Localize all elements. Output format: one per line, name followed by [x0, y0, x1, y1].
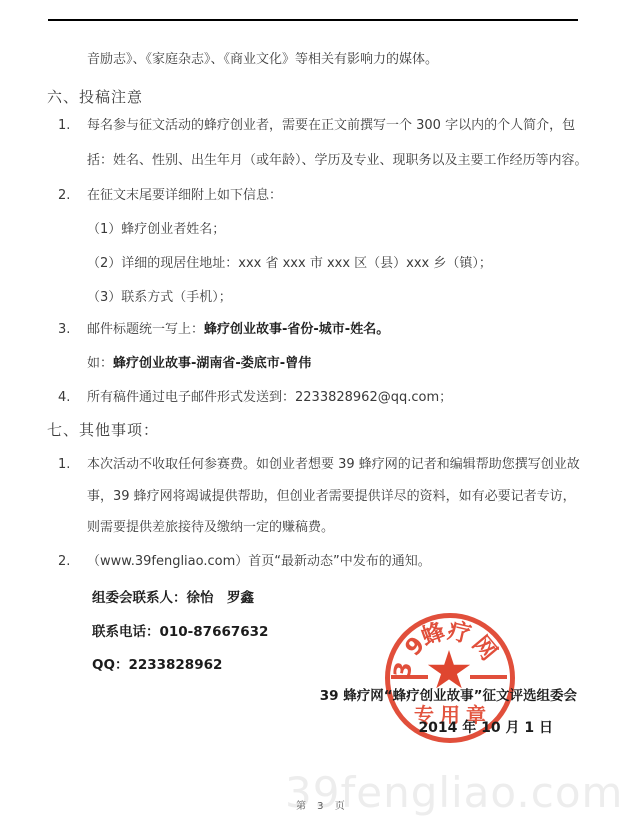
list-item: 1.每名参与征文活动的蜂疗创业者，需要在正文前撰写一个 300 字以内的个人简介… — [58, 114, 575, 133]
list-number: 2. — [58, 188, 87, 203]
contact-qq-line: QQ：2233828962 — [92, 653, 222, 673]
list-item: 4.所有稿件通过电子邮件形式发送到：2233828962@qq.com； — [58, 386, 452, 405]
example-subject: 蜂疗创业故事-湖南省-娄底市-曾伟 — [113, 356, 311, 371]
document-page: 音励志》、《家庭杂志》、《商业文化》等相关有影响力的媒体。 六、投稿注意 1.每… — [0, 0, 633, 832]
list-text-continued: 括：姓名、性别、出生年月（或年龄）、学历及专业、现职务以及主要工作经历等内容。 — [87, 149, 588, 168]
list-number: 1. — [58, 457, 87, 472]
header-rule — [48, 19, 578, 21]
list-text-continued: 事，39 蜂疗网将竭诚提供帮助，但创业者需要提供详尽的资料，如有必要记者专访， — [87, 485, 576, 504]
list-number: 2. — [58, 554, 87, 569]
sub-item: （1）蜂疗创业者姓名； — [87, 218, 225, 237]
list-item: 2.在征文末尾要详细附上如下信息： — [58, 184, 282, 203]
list-text: 在征文末尾要详细附上如下信息： — [87, 188, 282, 203]
contact-phone-line: 联系电话：010-87667632 — [92, 620, 268, 640]
email-address: 2233828962@qq.com — [295, 390, 439, 405]
section7-heading: 七、其他事项： — [47, 419, 159, 440]
list-text: 每名参与征文活动的蜂疗创业者，需要在正文前撰写一个 300 字以内的个人简介，包 — [87, 118, 575, 133]
list-number: 4. — [58, 390, 87, 405]
list-text: 所有稿件通过电子邮件形式发送到： — [87, 390, 295, 405]
list-text: 邮件标题统一写上： — [87, 322, 204, 337]
intro-line: 音励志》、《家庭杂志》、《商业文化》等相关有影响力的媒体。 — [87, 48, 438, 67]
sub-item: （3）联系方式（手机）； — [87, 286, 232, 305]
list-number: 3. — [58, 322, 87, 337]
email-subject-format: 蜂疗创业故事-省份-城市-姓名。 — [204, 322, 389, 337]
list-number: 1. — [58, 118, 87, 133]
page-number: 第 3 页 — [296, 797, 349, 812]
list-item: 3.邮件标题统一写上：蜂疗创业故事-省份-城市-姓名。 — [58, 318, 389, 337]
sub-item: （2）详细的现居住地址：xxx 省 xxx 市 xxx 区（县）xxx 乡（镇）… — [87, 252, 492, 271]
contact-person-line: 组委会联系人：徐怡 罗鑫 — [92, 586, 254, 606]
signature-date: 2014 年 10 月 1 日 — [418, 717, 553, 737]
list-text: （www.39fengliao.com）首页“最新动态”中发布的通知。 — [87, 554, 431, 569]
list-text: 本次活动不收取任何参赛费。如创业者想要 39 蜂疗网的记者和编辑帮助您撰写创业故 — [87, 457, 580, 472]
list-item: 2.（www.39fengliao.com）首页“最新动态”中发布的通知。 — [58, 550, 431, 569]
list-text-continued: 则需要提供差旅接待及缴纳一定的赚稿费。 — [87, 516, 334, 535]
list-item: 1.本次活动不收取任何参赛费。如创业者想要 39 蜂疗网的记者和编辑帮助您撰写创… — [58, 453, 580, 472]
signature-committee: 39 蜂疗网“蜂疗创业故事”征文评选组委会 — [320, 684, 577, 704]
example-line: 如：蜂疗创业故事-湖南省-娄底市-曾伟 — [87, 352, 311, 371]
list-text-suffix: ； — [439, 390, 452, 405]
section6-heading: 六、投稿注意 — [47, 86, 143, 107]
stamp-right-bar-icon — [470, 675, 507, 679]
example-prefix: 如： — [87, 356, 113, 371]
